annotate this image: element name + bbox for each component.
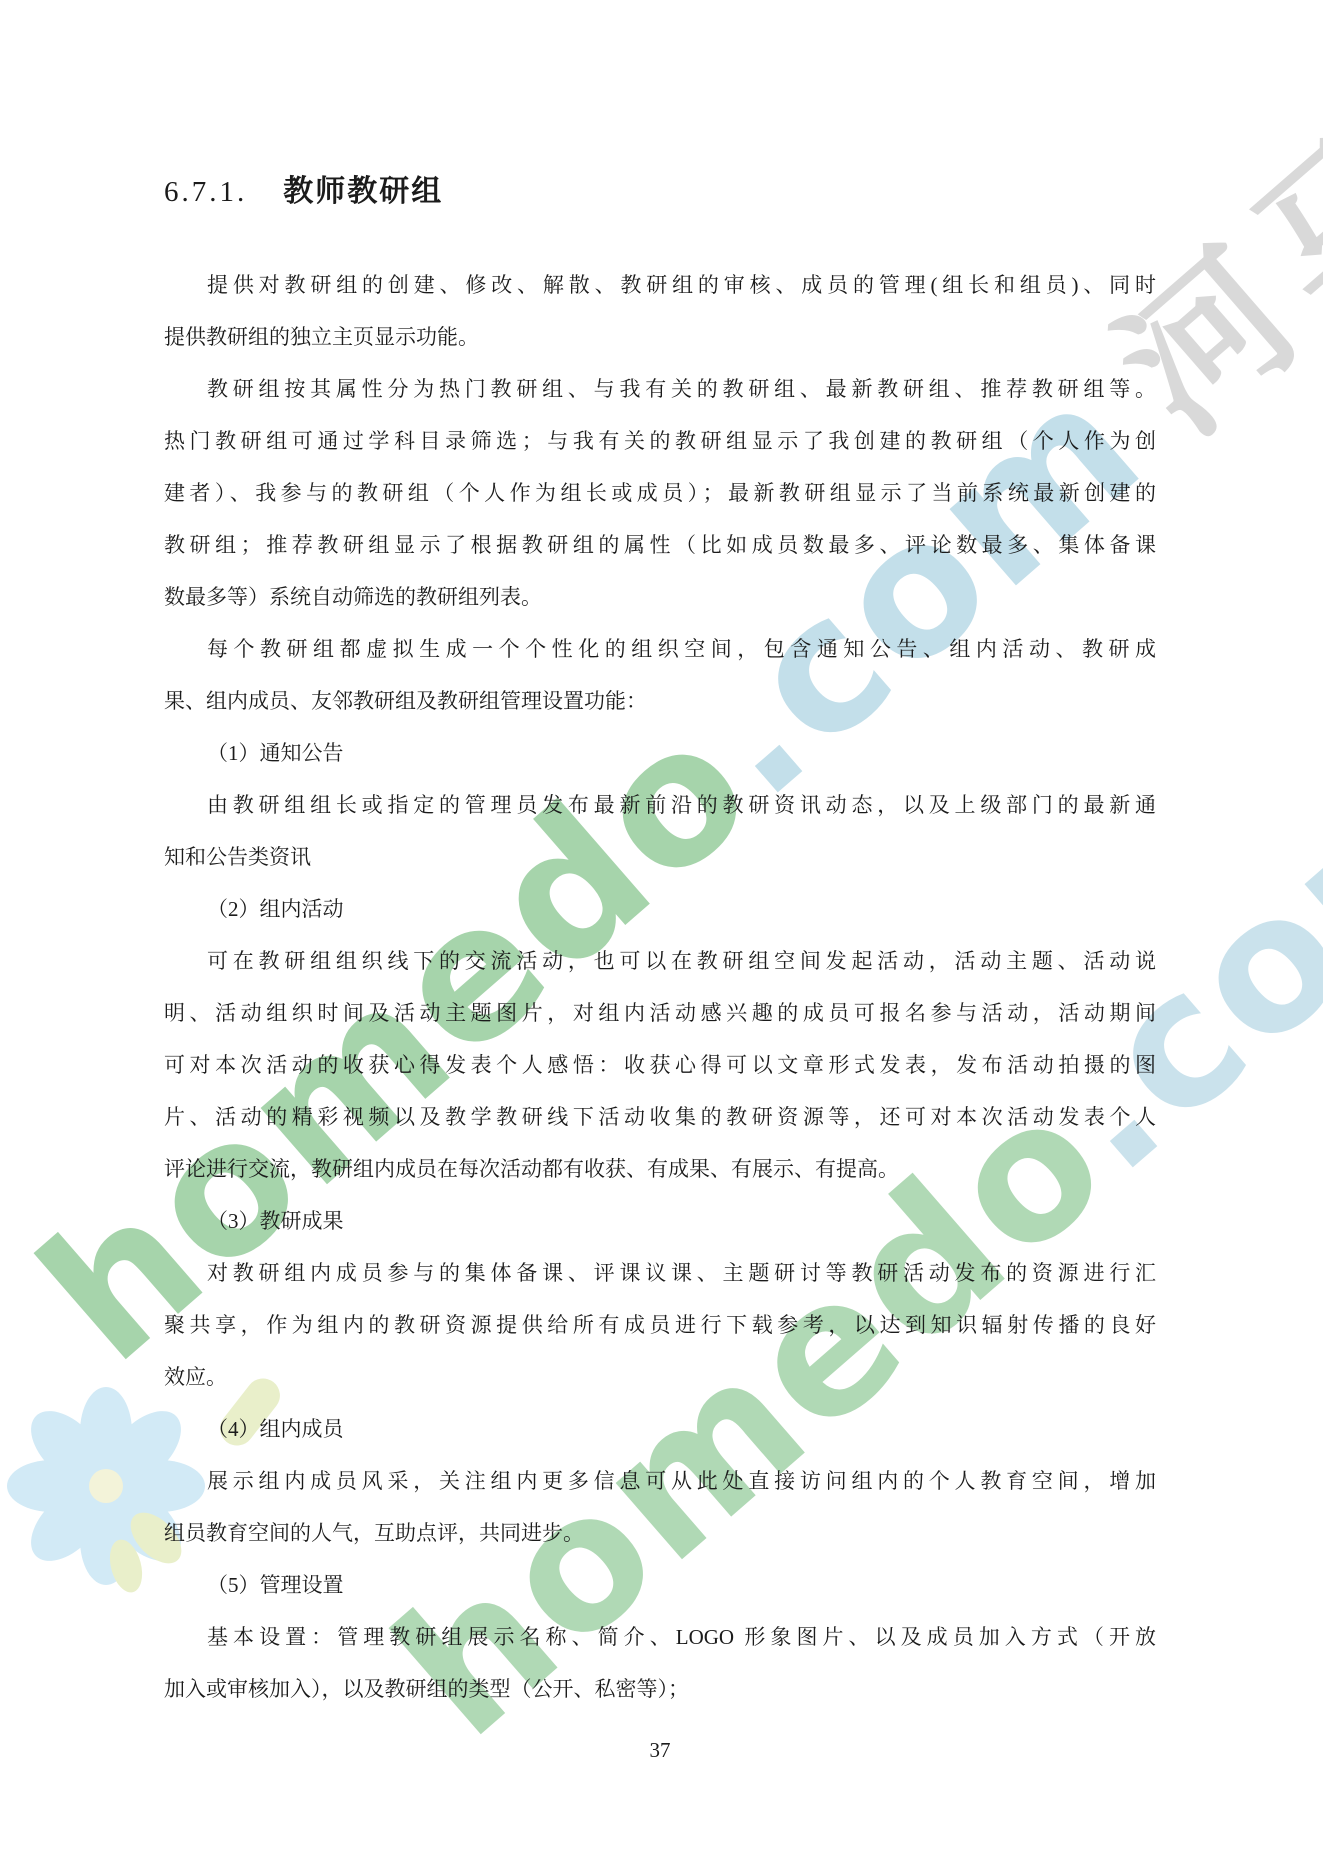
text-line: 聚共享，作为组内的教研资源提供给所有成员进行下载参考，以达到知识辐射传播的良好 (164, 1299, 1156, 1351)
text-line: 可对本次活动的收获心得发表个人感悟：收获心得可以文章形式发表，发布活动拍摄的图 (164, 1039, 1156, 1091)
text-line: 教研组；推荐教研组显示了根据教研组的属性（比如成员数最多、评论数最多、集体备课 (164, 519, 1156, 571)
text-line: 明、活动组织时间及活动主题图片，对组内活动感兴趣的成员可报名参与活动，活动期间 (164, 987, 1156, 1039)
text-line: 由教研组组长或指定的管理员发布最新前沿的教研资讯动态，以及上级部门的最新通 (164, 779, 1156, 831)
text-line: 可在教研组组织线下的交流活动，也可以在教研组空间发起活动，活动主题、活动说 (164, 935, 1156, 987)
text-line: 组员教育空间的人气，互助点评，共同进步。 (164, 1507, 1156, 1559)
text-line: 每个教研组都虚拟生成一个个性化的组织空间，包含通知公告、组内活动、教研成 (164, 623, 1156, 675)
text-line: 提供教研组的独立主页显示功能。 (164, 311, 1156, 363)
text-line: 建者）、我参与的教研组（个人作为组长或成员）；最新教研组显示了当前系统最新创建的 (164, 467, 1156, 519)
text-line: （5）管理设置 (164, 1559, 1156, 1611)
document-content: 6.7.1. 教师教研组 提供对教研组的创建、修改、解散、教研组的审核、成员的管… (0, 0, 1323, 1871)
text-line: 片、活动的精彩视频以及教学教研线下活动收集的教研资源等，还可对本次活动发表个人 (164, 1091, 1156, 1143)
text-line: （4）组内成员 (164, 1403, 1156, 1455)
section-title: 教师教研组 (283, 175, 443, 208)
section-heading: 6.7.1. 教师教研组 (164, 166, 443, 210)
page-number: 37 (164, 1728, 1156, 1772)
document-body: 提供对教研组的创建、修改、解散、教研组的审核、成员的管理(组长和组员)、同时提供… (164, 259, 1156, 1715)
section-number: 6.7.1. (164, 176, 247, 208)
text-line: 数最多等）系统自动筛选的教研组列表。 (164, 571, 1156, 623)
text-line: 热门教研组可通过学科目录筛选；与我有关的教研组显示了我创建的教研组（个人作为创 (164, 415, 1156, 467)
text-line: （1）通知公告 (164, 727, 1156, 779)
text-line: 效应。 (164, 1351, 1156, 1403)
text-line: 教研组按其属性分为热门教研组、与我有关的教研组、最新教研组、推荐教研组等。 (164, 363, 1156, 415)
text-line: 加入或审核加入），以及教研组的类型（公开、私密等）； (164, 1663, 1156, 1715)
text-line: 知和公告类资讯 (164, 831, 1156, 883)
text-line: 提供对教研组的创建、修改、解散、教研组的审核、成员的管理(组长和组员)、同时 (164, 259, 1156, 311)
text-line: （3）教研成果 (164, 1195, 1156, 1247)
text-line: 评论进行交流，教研组内成员在每次活动都有收获、有成果、有展示、有提高。 (164, 1143, 1156, 1195)
text-line: 对教研组内成员参与的集体备课、评课议课、主题研讨等教研活动发布的资源进行汇 (164, 1247, 1156, 1299)
text-line: 果、组内成员、友邻教研组及教研组管理设置功能： (164, 675, 1156, 727)
document-page: homedo.com河马渡 homedo.com河马渡 (0, 0, 1323, 1871)
text-line: 展示组内成员风采，关注组内更多信息可从此处直接访问组内的个人教育空间，增加 (164, 1455, 1156, 1507)
text-line: 基本设置：管理教研组展示名称、简介、LOGO 形象图片、以及成员加入方式（开放 (164, 1611, 1156, 1663)
text-line: （2）组内活动 (164, 883, 1156, 935)
